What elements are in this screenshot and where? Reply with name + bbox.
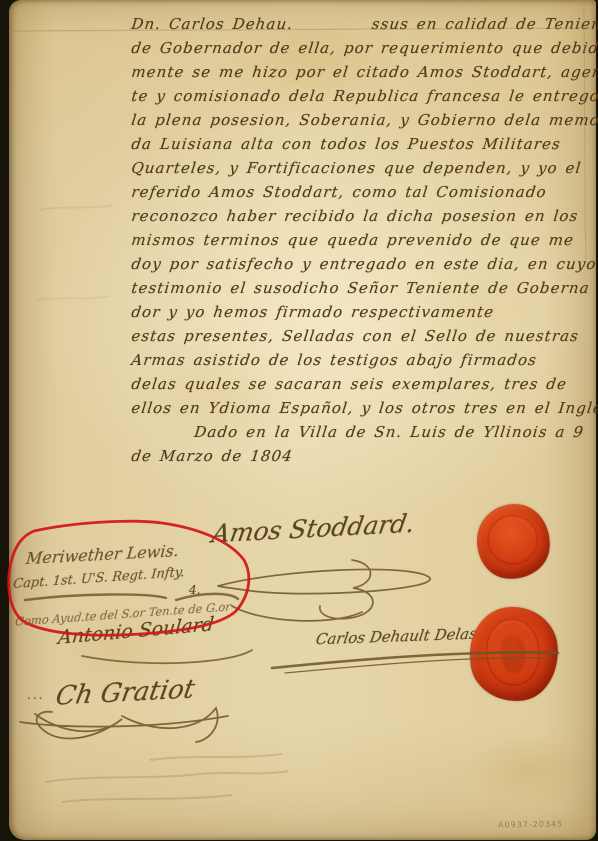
body-line: delas quales se sacaran seis exemplares,… [130,372,598,396]
body-line: mente se me hizo por el citado Amos Stod… [130,60,598,84]
body-line: referido Amos Stoddart, como tal Comisio… [130,180,598,204]
body-line: la plena posesion, Soberania, y Gobierno… [130,108,598,132]
signature-lewis-mark: 4. [189,583,200,597]
body-line: de Gobernador de ella, por requerimiento… [130,36,598,60]
body-line: Quarteles, y Fortificaciones que depende… [130,156,598,180]
signature-gratiot-prefix-dots: ... [27,688,44,702]
body-line: da Luisiana alta con todos los Puestos M… [130,132,598,156]
body-line: mismos terminos que queda prevenido de q… [130,228,598,252]
body-line: Dado en la Villa de Sn. Luis de Yllinois… [130,420,598,444]
body-line: te y comisionado dela Republica francesa… [130,84,598,108]
body-line: doy por satisfecho y entregado en este d… [130,252,598,276]
body-line: dor y yo hemos firmado respectivamente [130,300,598,324]
body-line: Armas asistido de los testigos abajo fir… [130,348,598,372]
body-line: estas presentes, Selladas con el Sello d… [130,324,598,348]
body-line: Dn. Carlos Dehau. ssus en calidad de Ten… [130,12,598,36]
body-line: ellos en Ydioma Español, y los otros tre… [130,396,598,420]
body-line: reconozco haber recibido la dicha posesi… [130,204,598,228]
archive-reference-number: A0937-20345 [498,819,563,829]
body-line: testimonio el susodicho Señor Teniente d… [130,276,598,300]
seal-impression [485,513,541,568]
body-line: de Marzo de 1804 [130,444,598,468]
document-scan: Dn. Carlos Dehau. ssus en calidad de Ten… [0,0,598,841]
document-body: Dn. Carlos Dehau. ssus en calidad de Ten… [130,12,598,468]
